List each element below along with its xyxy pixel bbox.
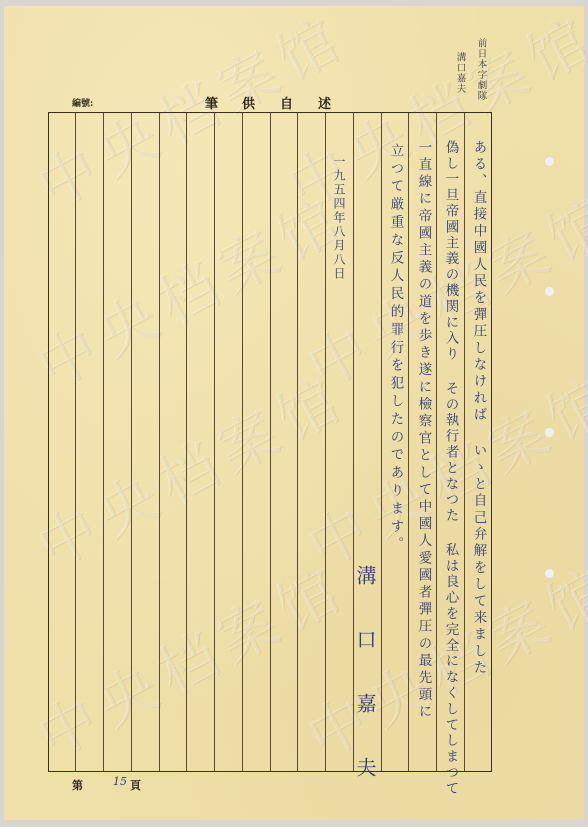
column-rule (270, 113, 271, 771)
column-rule (325, 113, 326, 771)
text-column-4: 立つて厳重な反人民的罪行を犯したのであります。 (388, 143, 402, 555)
punch-hole (545, 157, 554, 166)
punch-hole (545, 569, 554, 578)
page-prefix: 第 (72, 777, 83, 793)
margin-note: 溝口嘉夫 (455, 52, 465, 94)
text-column-3: 一直線に帝國主義の道を歩き遂に檢察官として中國人愛國者彈圧の最先頭に (416, 140, 430, 721)
column-rule (103, 113, 104, 771)
column-rule (297, 113, 298, 771)
page-suffix: 頁 (130, 777, 141, 793)
column-rule (408, 113, 409, 771)
column-rule (131, 113, 132, 771)
column-rule (186, 113, 187, 771)
column-rule (214, 113, 215, 771)
column-rule (436, 113, 437, 771)
page-number: 15 (113, 775, 127, 788)
signature: 溝 口 嘉 夫 (355, 565, 375, 787)
column-rule (75, 113, 76, 771)
column-rule (242, 113, 243, 771)
form-title-char: 筆 (205, 93, 218, 112)
date: 一九五四年八月八日 (333, 155, 345, 281)
text-column-2: 偽し一旦帝國主義の機関に入り その執行者となつた 私は良心を完全になくしてしまつ… (443, 140, 457, 797)
file-number-label: 編號: (72, 96, 93, 109)
form-title-char: 自 (280, 93, 293, 112)
form-title-char: 述 (318, 93, 331, 112)
form-title-char: 供 (242, 93, 255, 112)
punch-hole (545, 428, 554, 437)
punch-hole (545, 287, 554, 296)
text-column-1: ある、直接中國人民を彈圧しなければ いゝと自己弁解をして来ました (471, 140, 485, 677)
column-rule (381, 113, 382, 771)
column-rule (159, 113, 160, 771)
margin-note: 前日本字劇隊 (476, 38, 486, 101)
column-rule (464, 113, 465, 771)
